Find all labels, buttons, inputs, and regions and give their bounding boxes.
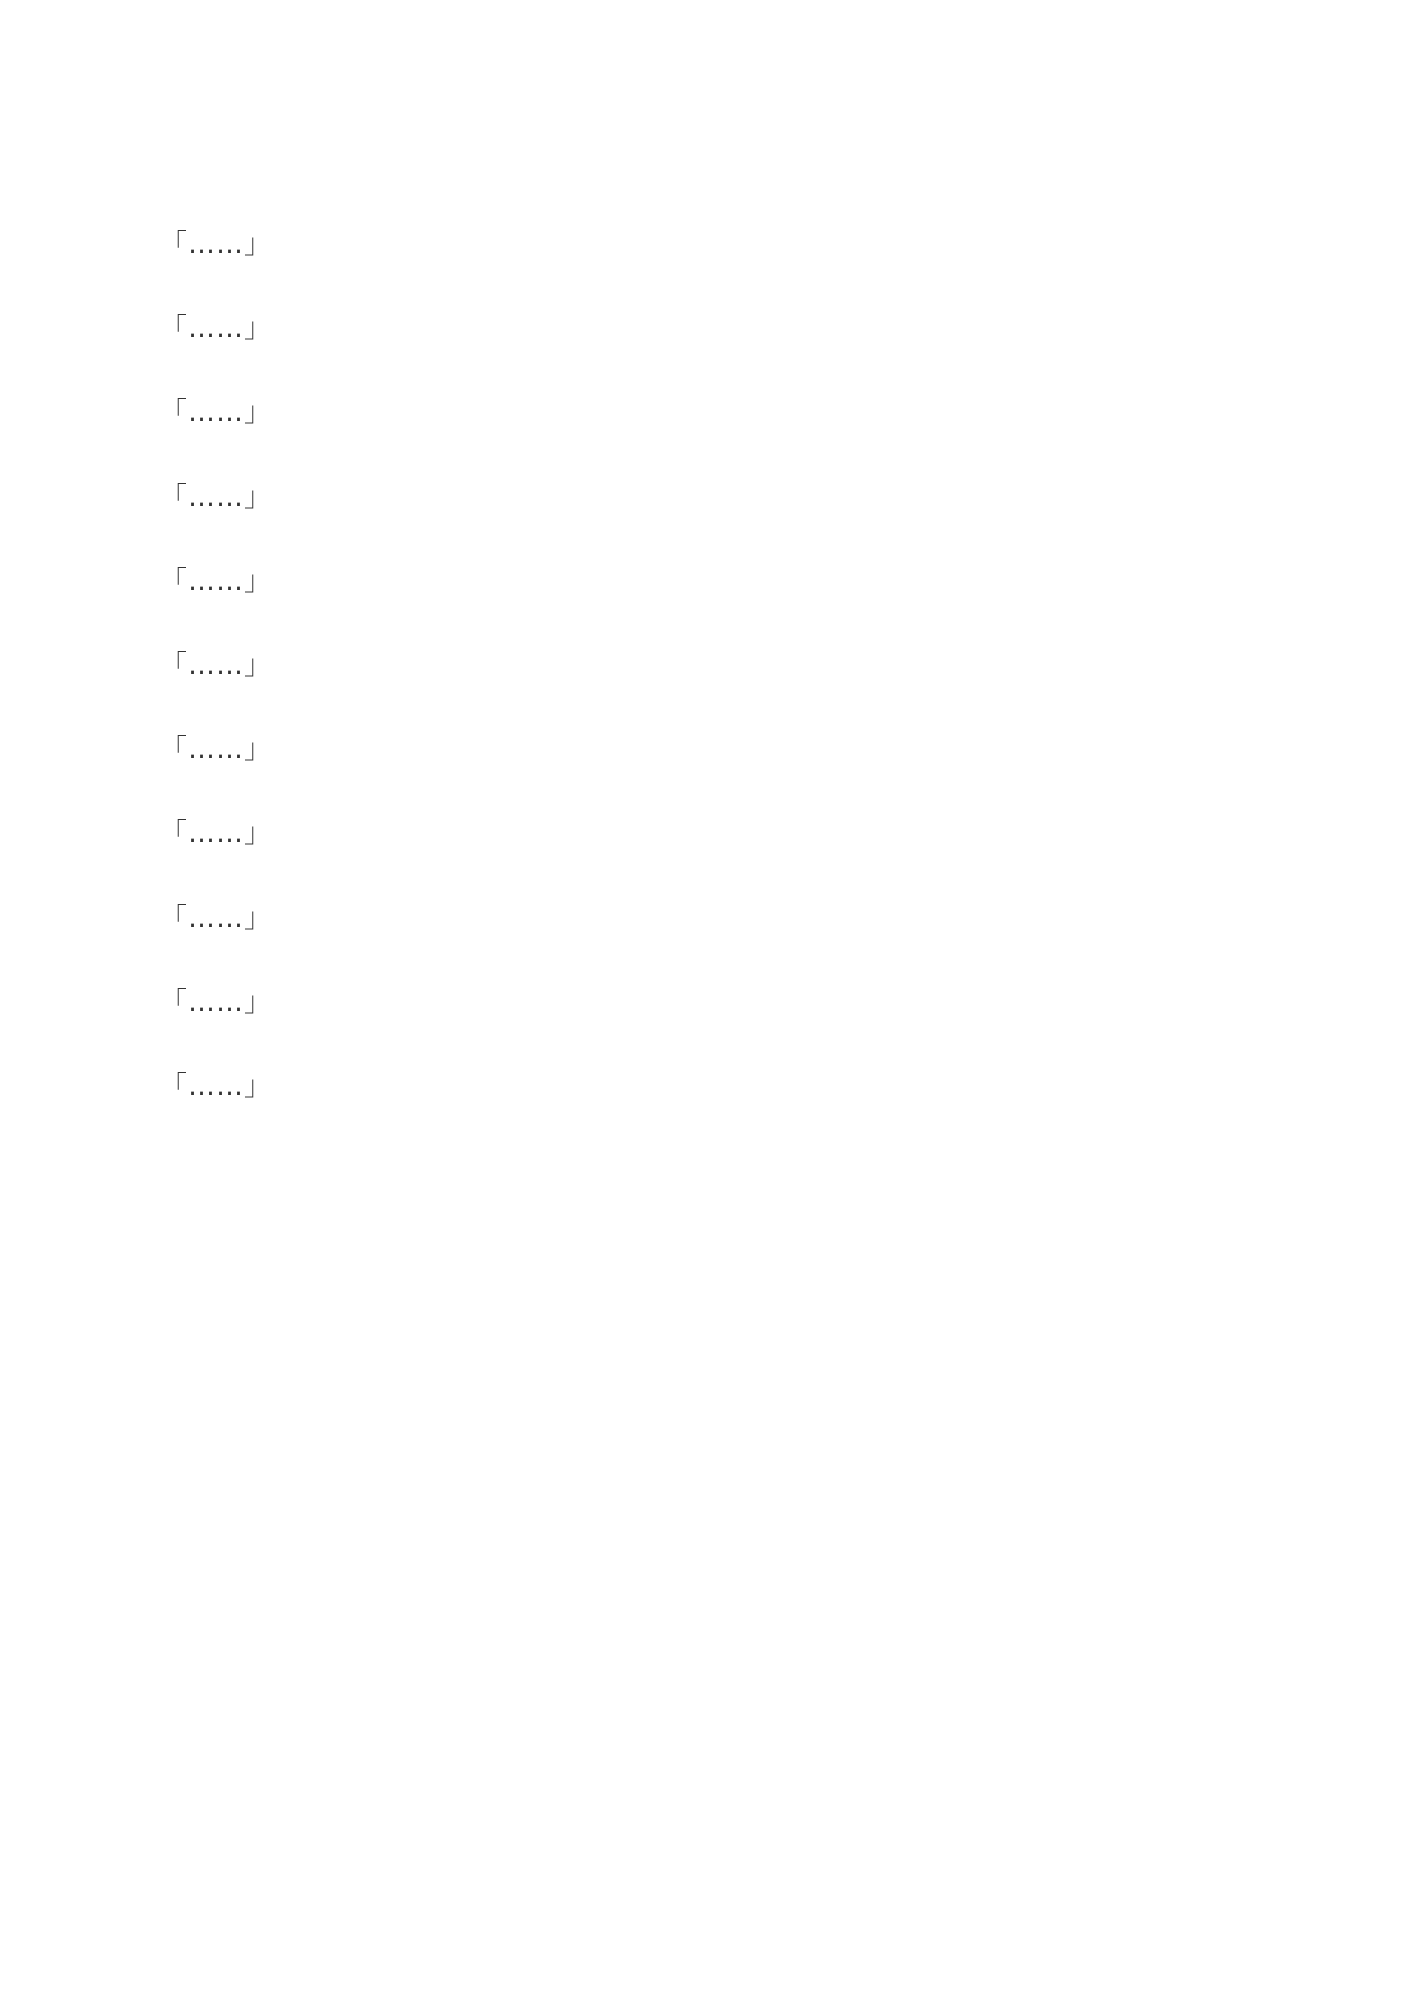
paragraph: 「……」: [160, 884, 1254, 954]
document-page: 「……」「……」「……」「……」「……」「……」「……」「……」「……」「……」…: [0, 0, 1414, 2000]
paragraph: 「……」: [160, 715, 1254, 785]
paragraph: 「……」: [160, 547, 1254, 617]
paragraph: 「……」: [160, 294, 1254, 364]
paragraph: 「……」: [160, 378, 1254, 448]
paragraph: 「……」: [160, 968, 1254, 1038]
paragraph: 「……」: [160, 463, 1254, 533]
paragraph: 「……」: [160, 210, 1254, 280]
paragraph: 「……」: [160, 1052, 1254, 1122]
paragraph: 「……」: [160, 799, 1254, 869]
paragraph: 「……」: [160, 631, 1254, 701]
paragraph-container: 「……」「……」「……」「……」「……」「……」「……」「……」「……」「……」…: [160, 210, 1254, 1122]
